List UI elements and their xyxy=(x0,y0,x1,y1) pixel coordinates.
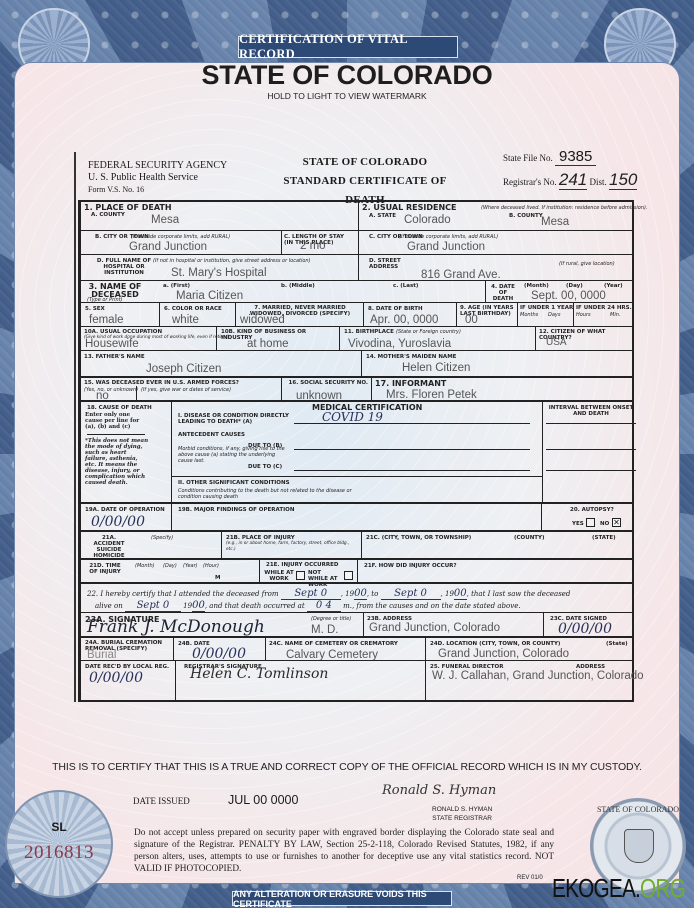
attended-from-year: 00 xyxy=(354,588,367,600)
birthplace-cell: 11. BIRTHPLACE (State or Foreign country… xyxy=(339,327,535,350)
marital-value: widowed xyxy=(240,314,285,326)
operation-findings-label: 19b. MAJOR FINDINGS OF OPERATION xyxy=(178,507,294,513)
attended-from-value: Sept 0 xyxy=(281,588,341,600)
row-registrar-funeral: DATE REC'D BY LOCAL REG. 0/00/00 REGISTR… xyxy=(81,660,632,702)
page-title: STATE OF COLORADO xyxy=(0,60,694,91)
row-armed-forces: 15. WAS DECEASED EVER IN U.S. ARMED FORC… xyxy=(81,376,632,400)
state-file-value: 9385 xyxy=(555,148,596,166)
residence-city-cell: c. CITY OR TOWN (If outside corporate li… xyxy=(358,231,637,254)
autopsy-label: 20. AUTOPSY? xyxy=(570,507,614,513)
watermark-part-a: EKOGEA. xyxy=(552,873,640,903)
other-conditions-label: II. OTHER SIGNIFICANT CONDITIONS xyxy=(178,480,290,486)
residence-note: (Where deceased lived. If institution: r… xyxy=(481,205,648,211)
injury-hour-label: (Hour) xyxy=(203,563,219,569)
alive-on-label: alive on xyxy=(95,602,123,610)
injury-place-cell: 21b. PLACE OF INJURY (e.g., in or about … xyxy=(221,532,361,558)
service-name: U. S. Public Health Service xyxy=(88,172,227,184)
interval-line-b xyxy=(546,449,636,450)
accident-specify: (Specify) xyxy=(151,535,173,541)
armed-forces-note1: (Yes, no, or unknown) xyxy=(84,387,138,393)
interval-line-c xyxy=(546,470,636,471)
mother-label: 14. MOTHER'S MAIDEN NAME xyxy=(366,354,456,360)
death-city-note: (If outside corporate limits, add RURAL) xyxy=(131,234,230,240)
year-prefix-3: 19 xyxy=(183,602,192,610)
residence-label: 2. USUAL RESIDENCE xyxy=(362,204,456,212)
year-prefix-1: 19 xyxy=(345,590,354,598)
middle-name-label: b. (Middle) xyxy=(281,283,315,289)
residence-county-value: Mesa xyxy=(541,216,569,228)
row-name-date-death: 3. NAME OF DECEASED (Type or Print) a. (… xyxy=(81,280,632,302)
certification-statement-footer: THIS IS TO CERTIFY THAT THIS IS A TRUE A… xyxy=(0,761,694,773)
autopsy-no-label: NO xyxy=(600,521,609,527)
funeral-director-cell: 25. FUNERAL DIRECTOR ADDRESS W. J. Calla… xyxy=(425,661,637,702)
row-demographics: 5. SEX female 6. COLOR OR RACE white 7. … xyxy=(81,302,632,326)
degree-value: M. D. xyxy=(311,624,338,636)
state-file-label: State File No. xyxy=(503,153,553,163)
year-label: (Year) xyxy=(604,283,623,289)
street-label: d. STREET ADDRESS xyxy=(369,258,409,270)
injury-occurred-label: 21e. INJURY OCCURRED xyxy=(266,562,338,568)
disease-value: COVID 19 xyxy=(322,410,383,424)
informant-label: 17. INFORMANT xyxy=(375,380,446,388)
form-left-rule xyxy=(74,152,76,702)
under-1-year-cell: If Under 1 Year Months Days xyxy=(517,303,573,326)
injury-occurred-cell: 21e. INJURY OCCURRED WHILE AT WORK NOT W… xyxy=(259,560,357,582)
first-name-label: a. (First) xyxy=(163,283,190,289)
min-label: Min. xyxy=(610,312,620,318)
injury-how-label: 21f. HOW DID INJURY OCCUR? xyxy=(364,563,457,569)
row-city: b. CITY OR TOWN (If outside corporate li… xyxy=(81,230,632,254)
seal-emblem-icon xyxy=(624,829,654,863)
burial-date-cell: 24b. DATE 0/00/00 xyxy=(173,638,265,660)
operation-date-value: 0/00/00 xyxy=(91,514,145,530)
cause-footnote: *This does not mean the mode of dying, s… xyxy=(85,438,149,486)
form-agency-block: FEDERAL SECURITY AGENCY U. S. Public Hea… xyxy=(88,160,227,196)
sex-value: female xyxy=(89,314,124,326)
ssn-label: 16. SOCIAL SECURITY NO. xyxy=(286,380,368,386)
other-conditions-divider xyxy=(172,476,542,477)
row-occupation: 10a. USUAL OCCUPATION (Give kind of work… xyxy=(81,326,632,350)
at-work-checkbox[interactable] xyxy=(296,571,305,580)
street-note: (If rural, give location) xyxy=(559,261,615,267)
certify-text2: that I last saw the deceased xyxy=(471,590,570,598)
date-issued-value: JUL 00 0000 xyxy=(228,793,298,807)
row-cause-of-death: 18. CAUSE OF DEATH Enter only one cause … xyxy=(81,400,632,502)
serial-number: 2016813 xyxy=(7,842,111,864)
under-24-hrs-cell: If Under 24 Hrs. Hours Min. xyxy=(573,303,638,326)
injury-day-label: (Day) xyxy=(163,563,177,569)
certification-banner: CERTIFICATION OF VITAL RECORD xyxy=(238,36,458,58)
antecedent-label: ANTECEDENT CAUSES xyxy=(178,432,245,438)
armed-forces-label: 15. WAS DECEASED EVER IN U.S. ARMED FORC… xyxy=(84,380,239,386)
injury-state-label: (STATE) xyxy=(592,535,616,541)
other-conditions-note: Conditions contributing to the death but… xyxy=(178,488,368,500)
autopsy-yes-label: YES xyxy=(572,521,584,527)
certify-text3: and that death occurred at xyxy=(209,602,304,610)
burial-state-label: (State) xyxy=(606,641,628,647)
death-city-value: Grand Junction xyxy=(129,241,207,253)
industry-cell: 10b. KIND OF BUSINESS OR INDUSTRY at hom… xyxy=(216,327,339,350)
row-injury-time: 21d. TIME OF INJURY (Month) (Day) (Year)… xyxy=(81,558,632,582)
birth-date-label: 8. DATE OF BIRTH xyxy=(368,306,423,312)
at-work-label: WHILE AT WORK xyxy=(264,570,294,582)
watermark-note: HOLD TO LIGHT TO VIEW WATERMARK xyxy=(0,91,694,101)
autopsy-cell: 20. AUTOPSY? YES NO ✕ xyxy=(541,504,637,530)
date-signed-cell: 23c. DATE SIGNED 0/00/00 xyxy=(543,613,637,636)
death-county-value: Mesa xyxy=(151,214,179,226)
doctor-address-cell: 23b. ADDRESS Grand Junction, Colorado xyxy=(363,613,543,636)
due-to-b-line xyxy=(294,449,530,450)
age-cell: 9. AGE (In years last birthday) 00 If Un… xyxy=(456,303,637,326)
occupation-value: Housewife xyxy=(85,338,139,350)
informant-cell: 17. INFORMANT Mrs. Floren Petek xyxy=(371,378,637,400)
marital-cell: 7. MARRIED, NEVER MARRIED WIDOWED, DIVOR… xyxy=(235,303,363,326)
under-24-hrs-label: If Under 24 Hrs. xyxy=(576,305,632,311)
birth-date-cell: 8. DATE OF BIRTH Apr. 00, 0000 xyxy=(363,303,456,326)
cause-instructions: Enter only one cause per line for (a), (… xyxy=(85,412,147,430)
to-word: to xyxy=(371,590,378,598)
place-of-death-label: 1. PLACE OF DEATH xyxy=(84,204,172,212)
citizen-value: USA xyxy=(546,337,567,348)
operation-findings-cell: 19b. MAJOR FINDINGS OF OPERATION xyxy=(171,504,541,530)
days-label: Days xyxy=(548,312,560,318)
date-of-death-value: Sept. 00, 0000 xyxy=(531,290,606,302)
medical-certification-cell: MEDICAL CERTIFICATION I. DISEASE OR COND… xyxy=(171,402,637,502)
injury-year-label: (Year) xyxy=(183,563,198,569)
residence-city-note: (If outside corporate limits, add RURAL) xyxy=(399,234,498,240)
serial-seal-label: SL xyxy=(7,820,111,834)
serial-seal: SL 2016813 xyxy=(5,790,113,898)
sex-label: 5. SEX xyxy=(85,306,105,312)
alive-on-value: Sept 0 xyxy=(125,600,181,612)
race-cell: 6. COLOR OR RACE white xyxy=(159,303,235,326)
deceased-name-value: Maria Citizen xyxy=(176,290,243,302)
residence-city-value: Grand Junction xyxy=(407,241,485,253)
date-of-death-cell: 4. DATE OF DEATH (Month) (Day) (Year) Se… xyxy=(485,281,637,302)
degree-label: (Degree or title) xyxy=(311,616,351,622)
interval-cell: INTERVAL BETWEEN ONSET AND DEATH xyxy=(542,402,638,502)
attended-to-value: Sept 0 xyxy=(381,588,441,600)
legal-notice: Do not accept unless prepared on securit… xyxy=(134,827,554,875)
race-label: 6. COLOR OR RACE xyxy=(164,306,222,312)
under-1-year-label: If Under 1 Year xyxy=(520,305,573,311)
residence-cell: 2. USUAL RESIDENCE (Where deceased lived… xyxy=(358,202,637,230)
alteration-warning-banner: ANY ALTERATION OR ERASURE VOIDS THIS CER… xyxy=(232,891,452,906)
certification-statement: 22. I hereby certify that I attended the… xyxy=(87,588,635,612)
autopsy-yes-checkbox[interactable] xyxy=(586,518,595,527)
alive-on-year: 00 xyxy=(192,600,205,612)
county-label: a. COUNTY xyxy=(91,212,125,218)
physician-signature: Frank J. McDonough xyxy=(87,617,265,637)
length-of-stay-cell: c. LENGTH OF STAY (in this place) 2 mo xyxy=(281,231,358,254)
birthplace-value: Vivodina, Yuroslavia xyxy=(348,338,451,350)
row-parents: 13. FATHER'S NAME Joseph Citizen 14. MOT… xyxy=(81,350,632,376)
age-value: 00 xyxy=(465,314,478,326)
agency-name: FEDERAL SECURITY AGENCY xyxy=(88,160,227,172)
day-label: (Day) xyxy=(566,283,583,289)
mother-value: Helen Citizen xyxy=(402,362,470,374)
injury-month-label: (Month) xyxy=(135,563,155,569)
attended-to-year: 00 xyxy=(454,588,467,600)
certify-text4: m., from the causes and on the date stat… xyxy=(343,602,520,610)
injury-how-cell: 21f. HOW DID INJURY OCCUR? xyxy=(357,560,637,582)
year-prefix-2: 19 xyxy=(445,590,454,598)
date-of-death-label: 4. DATE OF DEATH xyxy=(490,284,516,302)
autopsy-no-checkbox[interactable]: ✕ xyxy=(612,518,621,527)
registrar-signature-cell: REGISTRAR'S SIGNATURE Helen C. Tomlinson xyxy=(175,661,425,702)
race-value: white xyxy=(172,314,199,326)
injury-place-note: (e.g., in or about home, farm, factory, … xyxy=(226,541,360,553)
hospital-value: St. Mary's Hospital xyxy=(171,267,267,279)
date-issued-label: DATE ISSUED xyxy=(133,796,190,806)
cemetery-label: 24c. NAME OF CEMETERY OR CREMATORY xyxy=(269,641,398,647)
row-place-residence: 1. PLACE OF DEATH a. COUNTY Mesa 2. USUA… xyxy=(81,202,632,230)
last-name-label: c. (Last) xyxy=(393,283,418,289)
not-at-work-checkbox[interactable] xyxy=(344,571,353,580)
ssn-cell: 16. SOCIAL SECURITY NO. unknown xyxy=(281,378,371,400)
injury-city-cell: 21c. (CITY, TOWN, OR TOWNSHIP) (COUNTY) … xyxy=(361,532,637,558)
armed-forces-note2: (If yes, give war or dates of service) xyxy=(141,387,231,393)
injury-city-label: 21c. (CITY, TOWN, OR TOWNSHIP) xyxy=(366,535,471,541)
month-label: (Month) xyxy=(524,283,549,289)
accident-label: 21a. ACCIDENT SUICIDE HOMICIDE xyxy=(87,535,131,559)
row-accident: 21a. ACCIDENT SUICIDE HOMICIDE (Specify)… xyxy=(81,530,632,558)
site-watermark: EKOGEA.ORG xyxy=(552,873,685,904)
cause-label: 18. CAUSE OF DEATH xyxy=(87,405,152,411)
father-value: Joseph Citizen xyxy=(146,363,221,375)
state-registrar-block: RONALD S. HYMAN STATE REGISTRAR xyxy=(432,805,492,823)
injury-time-label: 21d. TIME OF INJURY xyxy=(87,563,123,575)
date-received-value: 0/00/00 xyxy=(89,670,143,686)
date-signed-value: 0/00/00 xyxy=(558,621,612,637)
months-label: Months xyxy=(520,312,538,318)
disease-label: I. DISEASE OR CONDITION DIRECTLY LEADING… xyxy=(178,413,308,425)
father-label: 13. FATHER'S NAME xyxy=(84,354,145,360)
hospital-note: (If not in hospital or institution, give… xyxy=(153,258,311,264)
dist-label: Dist. xyxy=(590,177,607,187)
residence-county-label: b. COUNTY xyxy=(509,213,543,219)
length-of-stay-value: 2 mo xyxy=(300,240,326,252)
cause-divider xyxy=(87,434,145,435)
state-registrar-name: RONALD S. HYMAN xyxy=(432,805,492,814)
form-number: Form V.S. No. 16 xyxy=(88,185,144,194)
burial-location-cell: 24d. LOCATION (City, town, or county) (S… xyxy=(425,638,637,660)
watermark-part-b: ORG xyxy=(640,873,685,903)
registrar-signature-value: Helen C. Tomlinson xyxy=(190,666,328,682)
form-title-line1: STATE OF COLORADO xyxy=(270,153,460,172)
birth-date-value: Apr. 00, 0000 xyxy=(370,314,438,326)
due-to-c-label: DUE TO (c) xyxy=(248,464,282,470)
death-certificate-form: 1. PLACE OF DEATH a. COUNTY Mesa 2. USUA… xyxy=(78,200,634,702)
birthplace-note: (State or Foreign country) xyxy=(396,329,461,335)
burial-location-value: Grand Junction, Colorado xyxy=(438,648,569,660)
row-signature: 23a. SIGNATURE Frank J. McDonough (Degre… xyxy=(81,612,632,636)
industry-value: at home xyxy=(247,338,289,350)
row-hospital-street: d. FULL NAME OF HOSPITAL OR INSTITUTION … xyxy=(81,254,632,280)
interval-label: INTERVAL BETWEEN ONSET AND DEATH xyxy=(547,405,635,417)
hospital-label: d. FULL NAME OF HOSPITAL OR INSTITUTION xyxy=(89,258,159,276)
row-burial: 24a. BURIAL CREMATION REMOVAL (Specify) … xyxy=(81,636,632,660)
hours-label: Hours xyxy=(576,312,591,318)
state-registrar-signature: Ronald S. Hyman xyxy=(382,783,496,798)
registrar-value: 241 xyxy=(559,170,587,190)
funeral-director-value: W. J. Callahan, Grand Junction, Colorado xyxy=(432,670,644,682)
row-operation: 19a. DATE OF OPERATION 0/00/00 19b. MAJO… xyxy=(81,502,632,530)
residence-street-cell: d. STREET ADDRESS (If rural, give locati… xyxy=(358,255,637,280)
registrar-number: Registrar's No. 241 Dist. 150 xyxy=(503,170,637,190)
state-file-number: State File No. 9385 xyxy=(503,148,596,165)
operation-date-label: 19a. DATE OF OPERATION xyxy=(85,507,165,513)
mother-cell: 14. MOTHER'S MAIDEN NAME Helen Citizen xyxy=(361,351,637,376)
due-to-c-line xyxy=(294,470,530,471)
injury-m-label: M xyxy=(215,575,220,581)
citizen-cell: 12. CITIZEN OF WHAT COUNTRY? USA xyxy=(535,327,637,350)
revision-code: REV 01/0 xyxy=(517,875,543,881)
dist-value: 150 xyxy=(609,170,637,190)
death-time-value: 0 4 xyxy=(307,600,341,612)
birthplace-label: 11. BIRTHPLACE xyxy=(344,329,394,335)
cemetery-cell: 24c. NAME OF CEMETERY OR CREMATORY Calva… xyxy=(265,638,425,660)
registrar-label: Registrar's No. xyxy=(503,177,557,187)
row-physician-certification: 22. I hereby certify that I attended the… xyxy=(81,582,632,612)
residence-state-label: a. STATE xyxy=(369,213,396,219)
residence-state-value: Colorado xyxy=(404,214,451,226)
due-to-b-label: DUE TO (b) xyxy=(248,443,282,449)
injury-county-label: (COUNTY) xyxy=(514,535,545,541)
doctor-address-value: Grand Junction, Colorado xyxy=(369,622,500,634)
interval-line-a xyxy=(546,423,636,424)
certify-text1: 22. I hereby certify that I attended the… xyxy=(87,590,278,598)
burial-location-label: 24d. LOCATION (City, town, or county) xyxy=(430,641,560,647)
seal-text: STATE OF COLORADO xyxy=(591,805,685,814)
state-registrar-title: STATE REGISTRAR xyxy=(432,814,492,823)
